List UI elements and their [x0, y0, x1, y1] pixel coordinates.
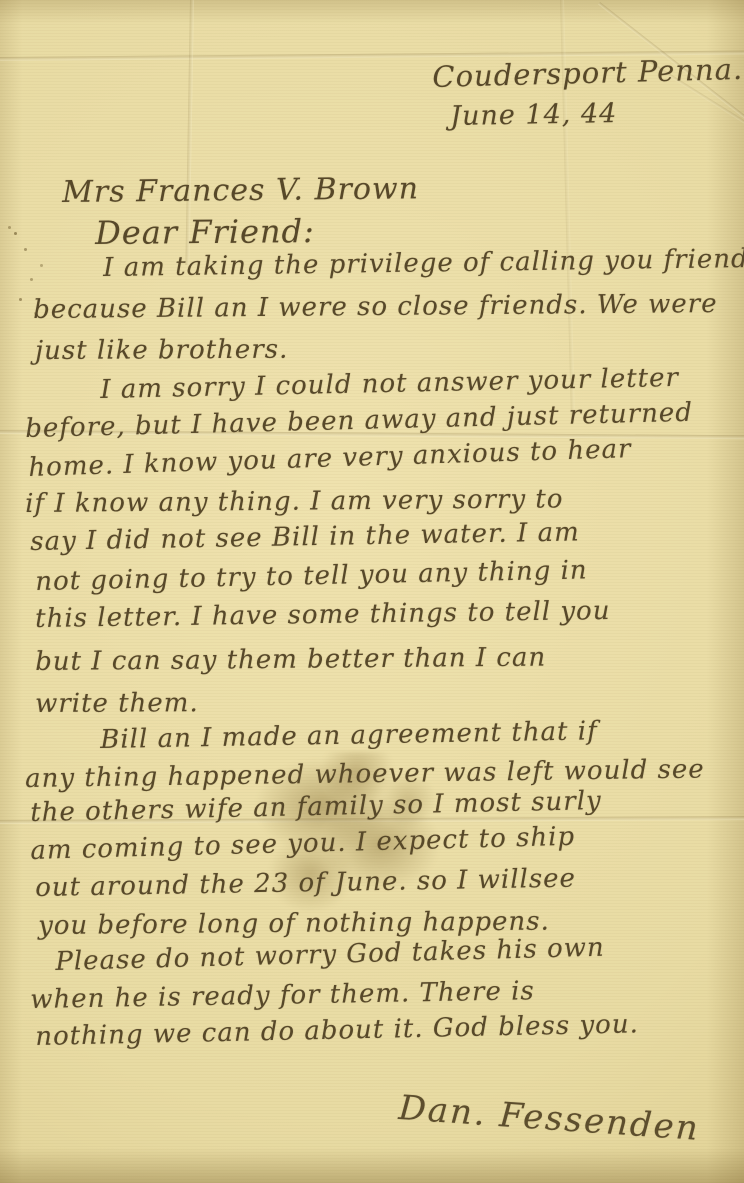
letter-salutation: Dear Friend:	[95, 214, 315, 251]
letter-recipient: Mrs Frances V. Brown	[62, 172, 419, 209]
ink-speckles	[14, 232, 17, 235]
letter-line: but I can say them better than I can	[35, 644, 546, 677]
letter-date: June 14, 44	[450, 99, 618, 132]
letter-line: just like brothers.	[35, 336, 288, 366]
letter-line: because Bill an I were so close friends.…	[33, 290, 718, 325]
letter-line: if I know any thing. I am very sorry to	[25, 485, 564, 518]
letter-line: write them.	[35, 689, 199, 718]
